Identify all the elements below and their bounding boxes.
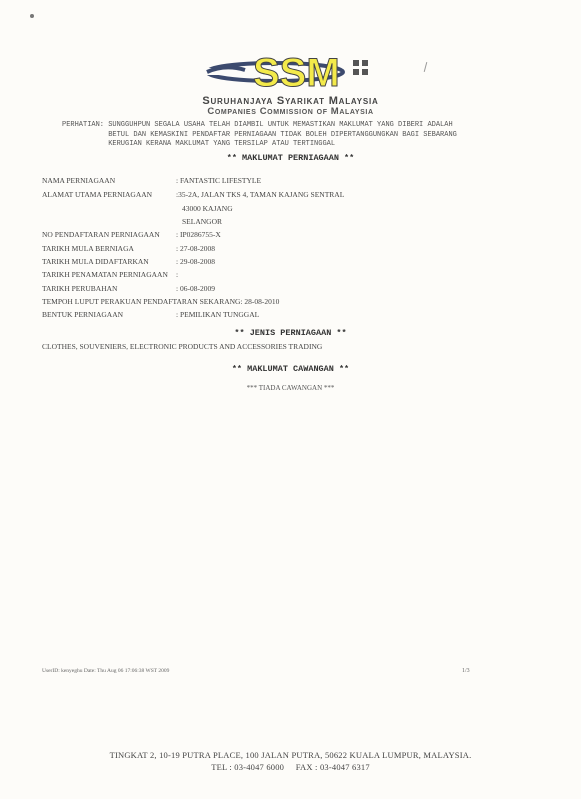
field-business-name: NAMA PERNIAGAAN: FANTASTIC LIFESTYLE (42, 176, 261, 185)
scan-speck (30, 14, 34, 18)
notice-line: BETUL DAN KEMASKINI PENDAFTAR PERNIAGAAN… (62, 131, 457, 141)
field-label: NO PENDAFTARAN PERNIAGAAN (42, 230, 176, 239)
field-value: : 29-08-2008 (176, 257, 215, 266)
scan-speck (424, 62, 428, 72)
ssm-logo-icon: SSM (205, 40, 375, 98)
svg-text:SSM: SSM (253, 51, 340, 95)
field-main-address: ALAMAT UTAMA PERNIAGAAN:35-2A, JALAN TKS… (42, 190, 344, 199)
field-value: : IP0286755-X (176, 230, 221, 239)
footer-contact: TEL : 03-4047 6000 FAX : 03-4047 6317 (0, 762, 581, 772)
branch-value: *** TIADA CAWANGAN *** (0, 384, 581, 392)
notice-line: KERUGIAN KERANA MAKLUMAT YANG TERSILAP A… (62, 140, 457, 150)
disclaimer-notice: PERHATIAN: SUNGGUHPUN SEGALA USAHA TELAH… (62, 121, 457, 150)
section-title-business-type: ** JENIS PERNIAGAAN ** (0, 328, 581, 338)
print-meta: UserID: kenyeghu Date: Thu Aug 06 17:06:… (42, 668, 169, 674)
page-number: 1/3 (462, 668, 470, 674)
field-value: : (176, 270, 178, 279)
section-title-branch-info: ** MAKLUMAT CAWANGAN ** (0, 364, 581, 374)
field-value: : FANTASTIC LIFESTYLE (176, 176, 261, 185)
field-label: TARIKH MULA DIDAFTARKAN (42, 257, 176, 266)
address-line-2: 43000 KAJANG (182, 204, 233, 213)
field-registered-date: TARIKH MULA DIDAFTARKAN: 29-08-2008 (42, 257, 215, 266)
field-label: TARIKH PENAMATAN PERNIAGAAN (42, 270, 176, 279)
field-termination-date: TARIKH PENAMATAN PERNIAGAAN: (42, 270, 178, 279)
field-expiry: TEMPOH LUPUT PERAKUAN PENDAFTARAN SEKARA… (42, 297, 279, 306)
business-type-description: CLOTHES, SOUVENIERS, ELECTRONIC PRODUCTS… (42, 342, 322, 351)
footer-address: TINGKAT 2, 10-19 PUTRA PLACE, 100 JALAN … (0, 750, 581, 760)
field-label: TARIKH MULA BERNIAGA (42, 244, 176, 253)
section-title-business-info: ** MAKLUMAT PERNIAGAAN ** (0, 153, 581, 163)
notice-line: PERHATIAN: SUNGGUHPUN SEGALA USAHA TELAH… (62, 121, 457, 131)
field-value: : 27-08-2008 (176, 244, 215, 253)
field-value: : 06-08-2009 (176, 284, 215, 293)
field-start-date: TARIKH MULA BERNIAGA: 27-08-2008 (42, 244, 215, 253)
field-registration-no: NO PENDAFTARAN PERNIAGAAN: IP0286755-X (42, 230, 221, 239)
field-change-date: TARIKH PERUBAHAN: 06-08-2009 (42, 284, 215, 293)
org-name-english: Companies Commission of Malaysia (0, 106, 581, 117)
field-value: : PEMILIKAN TUNGGAL (176, 310, 259, 319)
field-label: TARIKH PERUBAHAN (42, 284, 176, 293)
field-value: :35-2A, JALAN TKS 4, TAMAN KAJANG SENTRA… (176, 190, 344, 199)
field-business-form: BENTUK PERNIAGAAN: PEMILIKAN TUNGGAL (42, 310, 259, 319)
field-label: NAMA PERNIAGAAN (42, 176, 176, 185)
field-label: BENTUK PERNIAGAAN (42, 310, 176, 319)
address-line-3: SELANGOR (182, 217, 222, 226)
field-label: ALAMAT UTAMA PERNIAGAAN (42, 190, 176, 199)
ssm-logo: SSM (205, 40, 375, 98)
